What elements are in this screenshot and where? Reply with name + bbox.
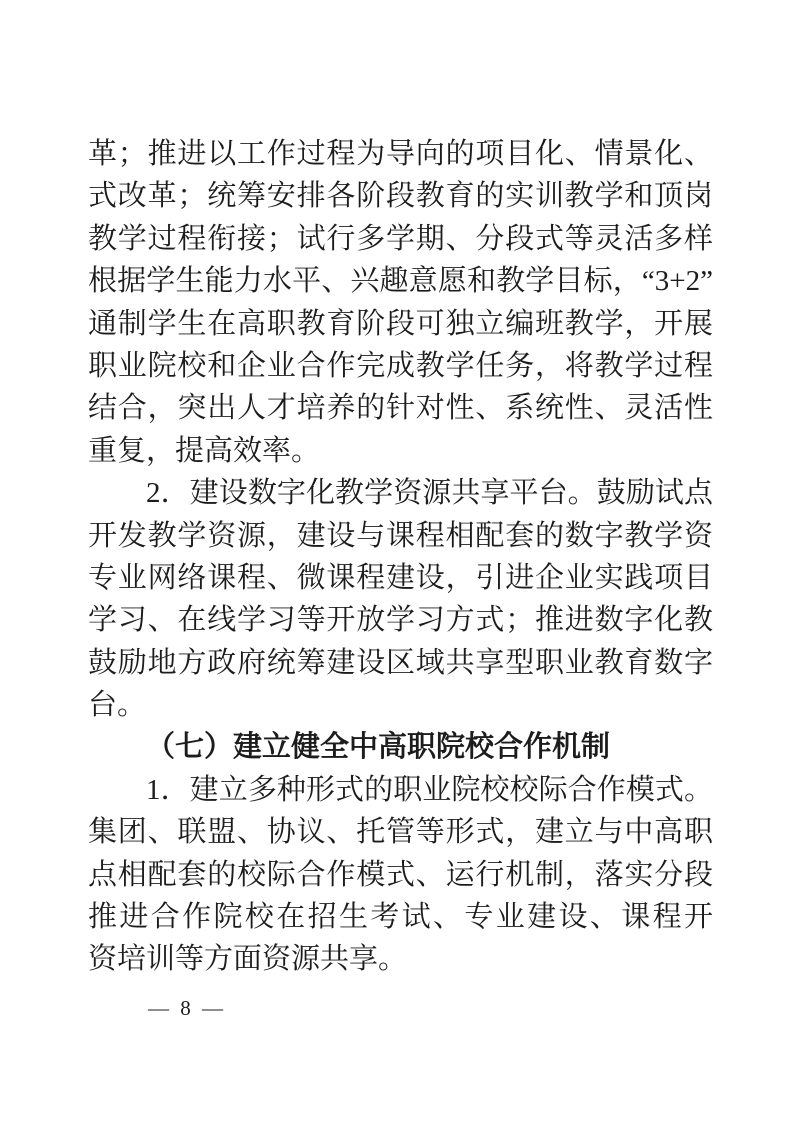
document-body: 革；推进以工作过程为导向的项目化、情景化、案例化等教学模 式改革；统筹安排各阶段… (88, 133, 713, 981)
body-text-line: 职业院校和企业合作完成教学任务，将教学过程和生产过程紧密 (88, 345, 713, 387)
body-text-line: 教学过程衔接；试行多学期、分段式等灵活多样的教学组织形式， (88, 218, 713, 260)
body-text-line: 式改革；统筹安排各阶段教育的实训教学和顶岗实习，推进教育 (88, 175, 713, 217)
body-text-line: 台。 (88, 684, 713, 726)
body-text-line: 点相配套的校际合作模式、运行机制，落实分段人才培养任务， (88, 854, 713, 896)
page-number: — 8 — (148, 996, 226, 1020)
body-text-line: 重复，提高效率。 (88, 430, 713, 472)
body-text-line: 鼓励地方政府统筹建设区域共享型职业教育数字化资源共享平 (88, 642, 713, 684)
body-text-line: 革；推进以工作过程为导向的项目化、情景化、案例化等教学模 (88, 133, 713, 175)
page-footer: — 8 — (148, 996, 226, 1021)
body-text-line: 资培训等方面资源共享。 (88, 938, 713, 980)
body-text-line: 集团、联盟、协议、托管等形式，建立与中高职教育衔接改革试 (88, 811, 713, 853)
body-text-line: 1．建立多种形式的职业院校校际合作模式。通过组建职教 (88, 769, 713, 811)
body-text-line: 根据学生能力水平、兴趣意愿和教学目标，“3+2” “3+3” 分段贯 (88, 260, 713, 302)
body-text-line: 通制学生在高职教育阶段可独立编班教学，开展分类培养；鼓励 (88, 303, 713, 345)
body-text-line: 专业网络课程、微课程建设，引进企业实践项目案例，探索网络 (88, 557, 713, 599)
body-text-line: 2．建设数字化教学资源共享平台。鼓励试点职业院校共同 (88, 472, 713, 514)
section-heading-7: （七）建立健全中高职院校合作机制 (88, 726, 713, 768)
body-text-line: 推进合作院校在招生考试、专业建设、课程开发、实习实训、师 (88, 896, 713, 938)
body-text-line: 结合，突出人才培养的针对性、系统性、灵活性和开放性，减少 (88, 387, 713, 429)
body-text-line: 开发教学资源，建设与课程相配套的数字教学资源库，开展衔接 (88, 515, 713, 557)
document-page: 革；推进以工作过程为导向的项目化、情景化、案例化等教学模 式改革；统筹安排各阶段… (0, 0, 793, 1122)
body-text-line: 学习、在线学习等开放学习方式；推进数字化教学资源共建共享。 (88, 599, 713, 641)
